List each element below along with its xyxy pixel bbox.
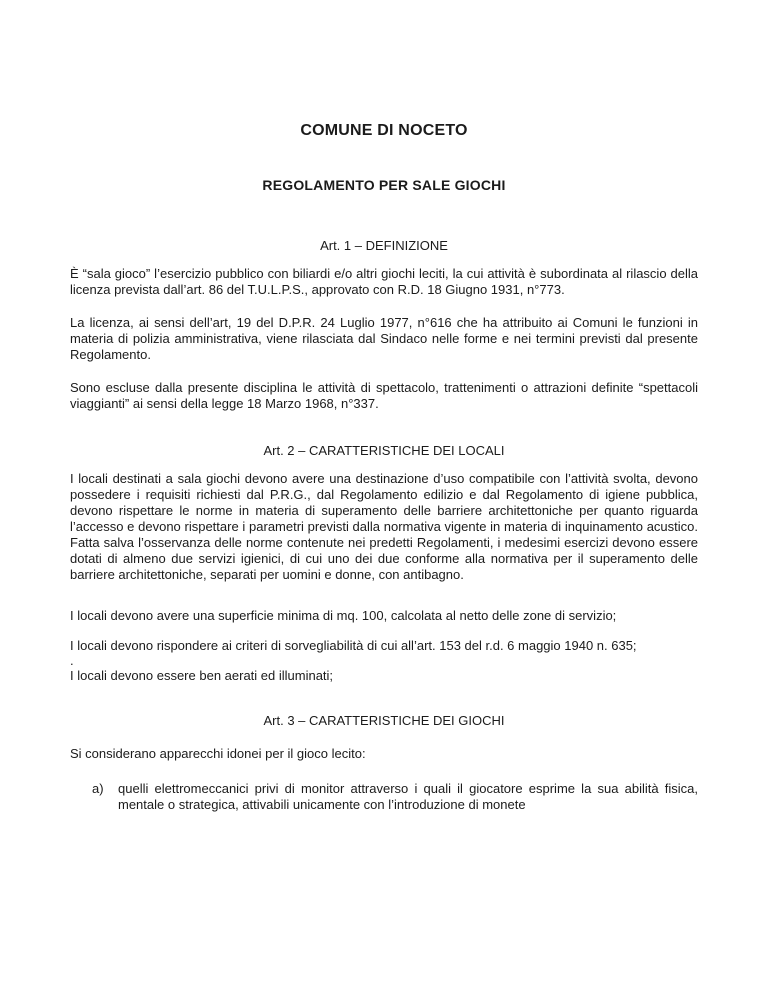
article-1-paragraph-1: È “sala gioco” l’esercizio pubblico con … — [70, 266, 698, 298]
article-1-paragraph-3: Sono escluse dalla presente disciplina l… — [70, 380, 698, 412]
article-3-heading: Art. 3 – CARATTERISTICHE DEI GIOCHI — [70, 713, 698, 729]
article-1-paragraph-2: La licenza, ai sensi dell’art, 19 del D.… — [70, 315, 698, 363]
article-2-section: Art. 2 – CARATTERISTICHE DEI LOCALI I lo… — [70, 443, 698, 684]
document-title: COMUNE DI NOCETO — [70, 122, 698, 140]
document-page: COMUNE DI NOCETO REGOLAMENTO PER SALE GI… — [0, 0, 768, 994]
article-2-paragraph-2: I locali devono avere una superficie min… — [70, 608, 698, 624]
article-1-heading: Art. 1 – DEFINIZIONE — [70, 238, 698, 254]
list-item-a-text: quelli elettromeccanici privi di monitor… — [118, 781, 698, 812]
article-1-section: Art. 1 – DEFINIZIONE È “sala gioco” l’es… — [70, 238, 698, 412]
article-2-stray-period-line: . — [70, 654, 698, 668]
article-3-intro: Si considerano apparecchi idonei per il … — [70, 746, 698, 762]
article-2-paragraph-4: I locali devono essere ben aerati ed ill… — [70, 668, 698, 684]
list-item-a-marker: a) — [92, 781, 104, 797]
list-item-a: a) quelli elettromeccanici privi di moni… — [92, 781, 698, 813]
article-3-section: Art. 3 – CARATTERISTICHE DEI GIOCHI Si c… — [70, 713, 698, 813]
article-2-paragraph-3: I locali devono rispondere ai criteri di… — [70, 638, 698, 654]
article-2-heading: Art. 2 – CARATTERISTICHE DEI LOCALI — [70, 443, 698, 459]
article-2-paragraph-1: I locali destinati a sala giochi devono … — [70, 471, 698, 583]
document-subtitle: REGOLAMENTO PER SALE GIOCHI — [70, 177, 698, 193]
